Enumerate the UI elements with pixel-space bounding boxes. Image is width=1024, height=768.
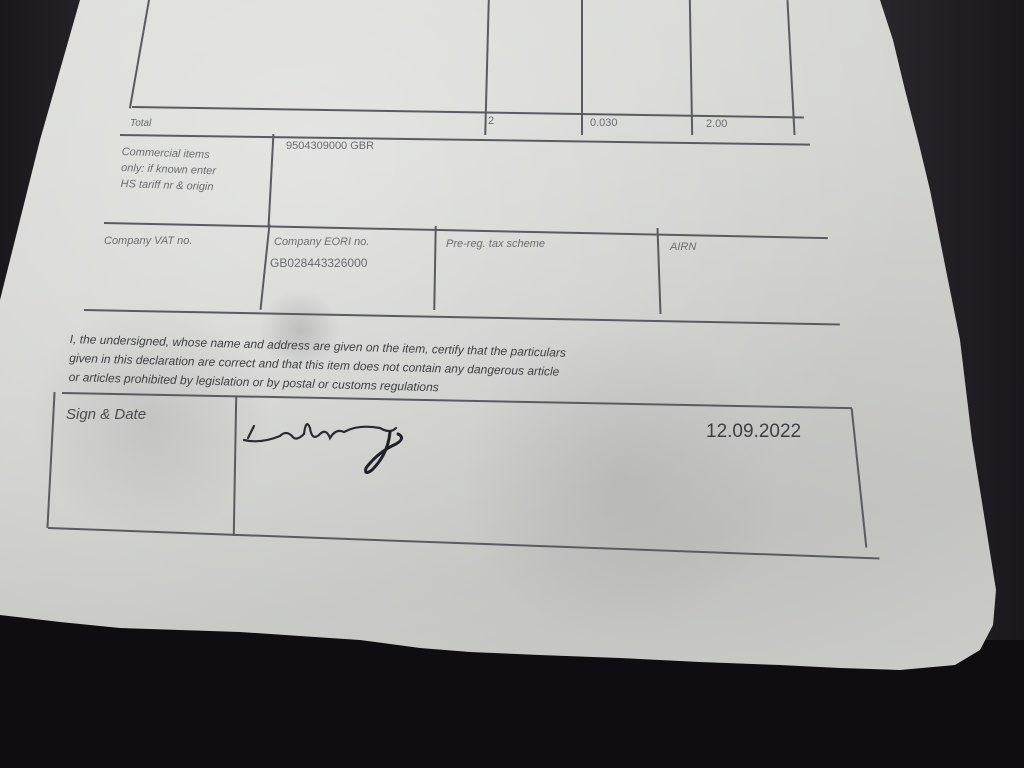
company-divider-3 [656,228,661,314]
signature-date: 12.09.2022 [706,421,801,443]
form-left-border [46,392,55,528]
sign-date-label: Sign & Date [66,406,146,423]
commercial-divider [268,134,275,226]
declaration-text: I, the undersigned, whose name and addre… [68,330,829,408]
handwritten-signature [240,398,420,483]
total-weight: 0.030 [590,117,618,129]
form-right-border [851,408,868,547]
total-label: Total [130,118,151,129]
total-value: 2.00 [706,118,727,130]
company-eori-value: GB028443326000 [270,256,367,270]
commercial-label-line-3: HS tariff nr & origin [120,176,215,195]
sign-divider [233,396,237,536]
company-vat-label: Company VAT no. [104,235,192,247]
sign-row-bottom-border [48,527,880,559]
company-divider-1 [260,224,271,310]
commercial-items-label: Commercial items only: if known enter HS… [120,144,216,195]
total-quantity: 2 [488,115,494,127]
pre-reg-tax-scheme-label: Pre-reg. tax scheme [446,238,545,250]
company-row-bottom-border [84,309,840,326]
table-col-divider-4 [786,0,795,135]
customs-declaration-form: Total 2 0.030 2.00 Commercial items only… [0,0,1024,768]
company-eori-label: Company EORI no. [274,236,369,248]
company-divider-2 [433,226,436,310]
airn-label: AIRN [670,241,696,253]
total-row-top-border [132,106,804,119]
company-row-top-border [104,222,828,239]
hs-tariff-origin-value: 9504309000 GBR [286,140,374,152]
total-row-bottom-border [120,134,810,146]
table-border-left [129,0,150,109]
